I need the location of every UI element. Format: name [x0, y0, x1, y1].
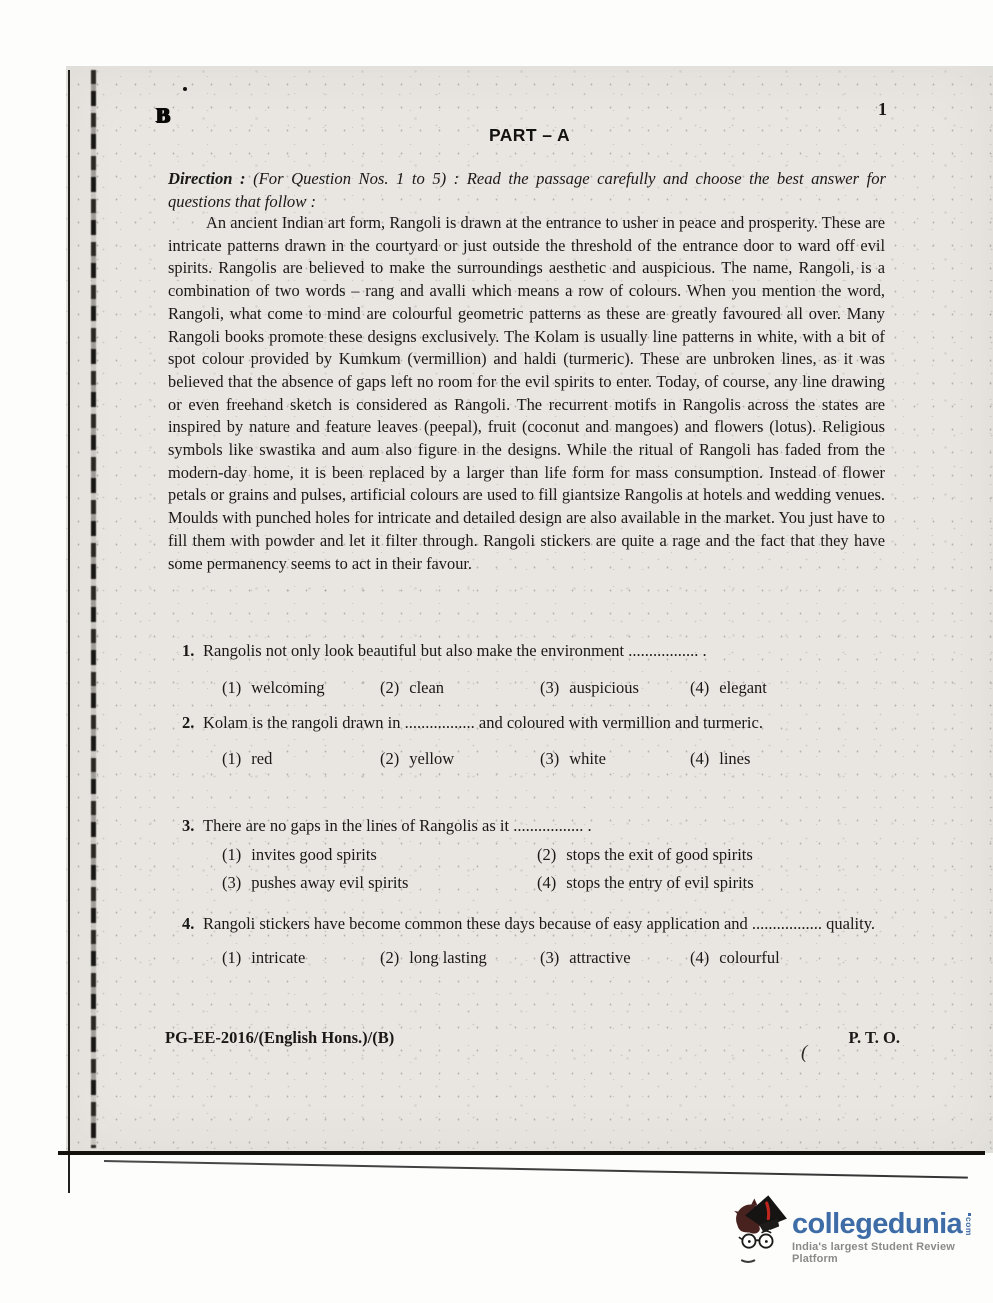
brand-tagline: India's largest Student Review Platform [792, 1241, 974, 1265]
option-number: (1) [222, 747, 241, 770]
option-label: yellow [409, 747, 454, 770]
option-label: auspicious [569, 676, 639, 699]
question-number: 4. [168, 912, 203, 935]
question-4: 4. Rangoli stickers have become common t… [168, 912, 904, 969]
option-4: (4)colourful [690, 946, 780, 969]
option-3: (3)attractive [540, 946, 690, 969]
option-number: (4) [537, 871, 556, 894]
question-2: 2. Kolam is the rangoli drawn in .......… [168, 711, 904, 770]
option-number: (2) [380, 676, 399, 699]
option-label: intricate [251, 946, 305, 969]
brand-dot [968, 1213, 971, 1216]
brand-com-text: com [964, 1217, 974, 1236]
option-label: elegant [719, 676, 767, 699]
exam-page: B 1 PART – A Direction : (For Question N… [0, 0, 993, 1303]
question-text: There are no gaps in the lines of Rangol… [203, 814, 904, 837]
option-label: stops the entry of evil spirits [566, 871, 753, 894]
scan-fold-line [91, 70, 96, 1148]
question-text: Kolam is the rangoli drawn in ..........… [203, 711, 904, 734]
option-number: (1) [222, 843, 241, 866]
scan-stray-mark: ( [801, 1042, 807, 1064]
option-label: white [569, 747, 606, 770]
option-label: colourful [719, 946, 779, 969]
option-label: attractive [569, 946, 630, 969]
option-number: (1) [222, 946, 241, 969]
scan-bottom-diagonal-line [104, 1160, 968, 1178]
direction-text: (For Question Nos. 1 to 5) : Read the pa… [168, 169, 886, 211]
option-number: (2) [537, 843, 556, 866]
option-1: (1)intricate [222, 946, 380, 969]
option-number: (3) [540, 676, 559, 699]
option-2: (2)stops the exit of good spirits [537, 843, 904, 866]
scan-bottom-edge-line [58, 1151, 985, 1155]
option-4: (4)elegant [690, 676, 767, 699]
option-number: (3) [540, 946, 559, 969]
question-text: Rangoli stickers have become common thes… [203, 912, 904, 935]
pto-label: P. T. O. [848, 1028, 900, 1048]
question-number: 3. [168, 814, 203, 837]
reading-passage: An ancient Indian art form, Rangoli is d… [168, 212, 885, 575]
option-label: long lasting [409, 946, 486, 969]
question-3: 3. There are no gaps in the lines of Ran… [168, 814, 904, 894]
direction-paragraph: Direction : (For Question Nos. 1 to 5) :… [168, 167, 886, 213]
option-2: (2)yellow [380, 747, 540, 770]
option-number: (3) [540, 747, 559, 770]
option-label: invites good spirits [251, 843, 377, 866]
question-number: 2. [168, 711, 203, 734]
option-1: (1)red [222, 747, 380, 770]
option-label: red [251, 747, 272, 770]
paper-code: PG-EE-2016/(English Hons.)/(B) [165, 1028, 394, 1048]
scan-ink-speck [183, 87, 187, 91]
option-number: (4) [690, 676, 709, 699]
option-label: pushes away evil spirits [251, 871, 408, 894]
direction-label: Direction : [168, 169, 246, 188]
option-4: (4)lines [690, 747, 750, 770]
options-row: (1)intricate (2)long lasting (3)attracti… [222, 946, 904, 969]
option-label: lines [719, 747, 750, 770]
question-text: Rangolis not only look beautiful but als… [203, 639, 904, 662]
option-1: (1)welcoming [222, 676, 380, 699]
options-row: (1)red (2)yellow (3)white (4)lines [222, 747, 904, 770]
collegedunia-mascot-icon [728, 1190, 790, 1272]
option-number: (1) [222, 676, 241, 699]
collegedunia-logo: collegedunia com India's largest Student… [728, 1188, 973, 1273]
page-footer: PG-EE-2016/(English Hons.)/(B) P. T. O. [165, 1028, 900, 1048]
scan-left-edge-line [68, 70, 70, 1193]
option-label: welcoming [251, 676, 324, 699]
option-3: (3)pushes away evil spirits [222, 871, 537, 894]
option-label: clean [409, 676, 444, 699]
option-1: (1)invites good spirits [222, 843, 537, 866]
options-grid: (1)invites good spirits (2)stops the exi… [222, 843, 904, 894]
part-heading: PART – A [66, 125, 993, 146]
page-number: 1 [878, 99, 887, 120]
option-number: (4) [690, 946, 709, 969]
option-number: (2) [380, 946, 399, 969]
option-4: (4)stops the entry of evil spirits [537, 871, 904, 894]
option-2: (2)clean [380, 676, 540, 699]
question-number: 1. [168, 639, 203, 662]
options-row: (1)welcoming (2)clean (3)auspicious (4)e… [222, 676, 904, 699]
option-number: (3) [222, 871, 241, 894]
option-number: (4) [690, 747, 709, 770]
brand-wordmark: collegedunia [792, 1210, 962, 1238]
option-number: (2) [380, 747, 399, 770]
option-2: (2)long lasting [380, 946, 540, 969]
question-1: 1. Rangolis not only look beautiful but … [168, 639, 904, 699]
brand-domain-suffix: com [964, 1213, 974, 1236]
option-label: stops the exit of good spirits [566, 843, 753, 866]
logo-text-block: collegedunia com India's largest Student… [792, 1210, 974, 1265]
option-3: (3)white [540, 747, 690, 770]
option-3: (3)auspicious [540, 676, 690, 699]
